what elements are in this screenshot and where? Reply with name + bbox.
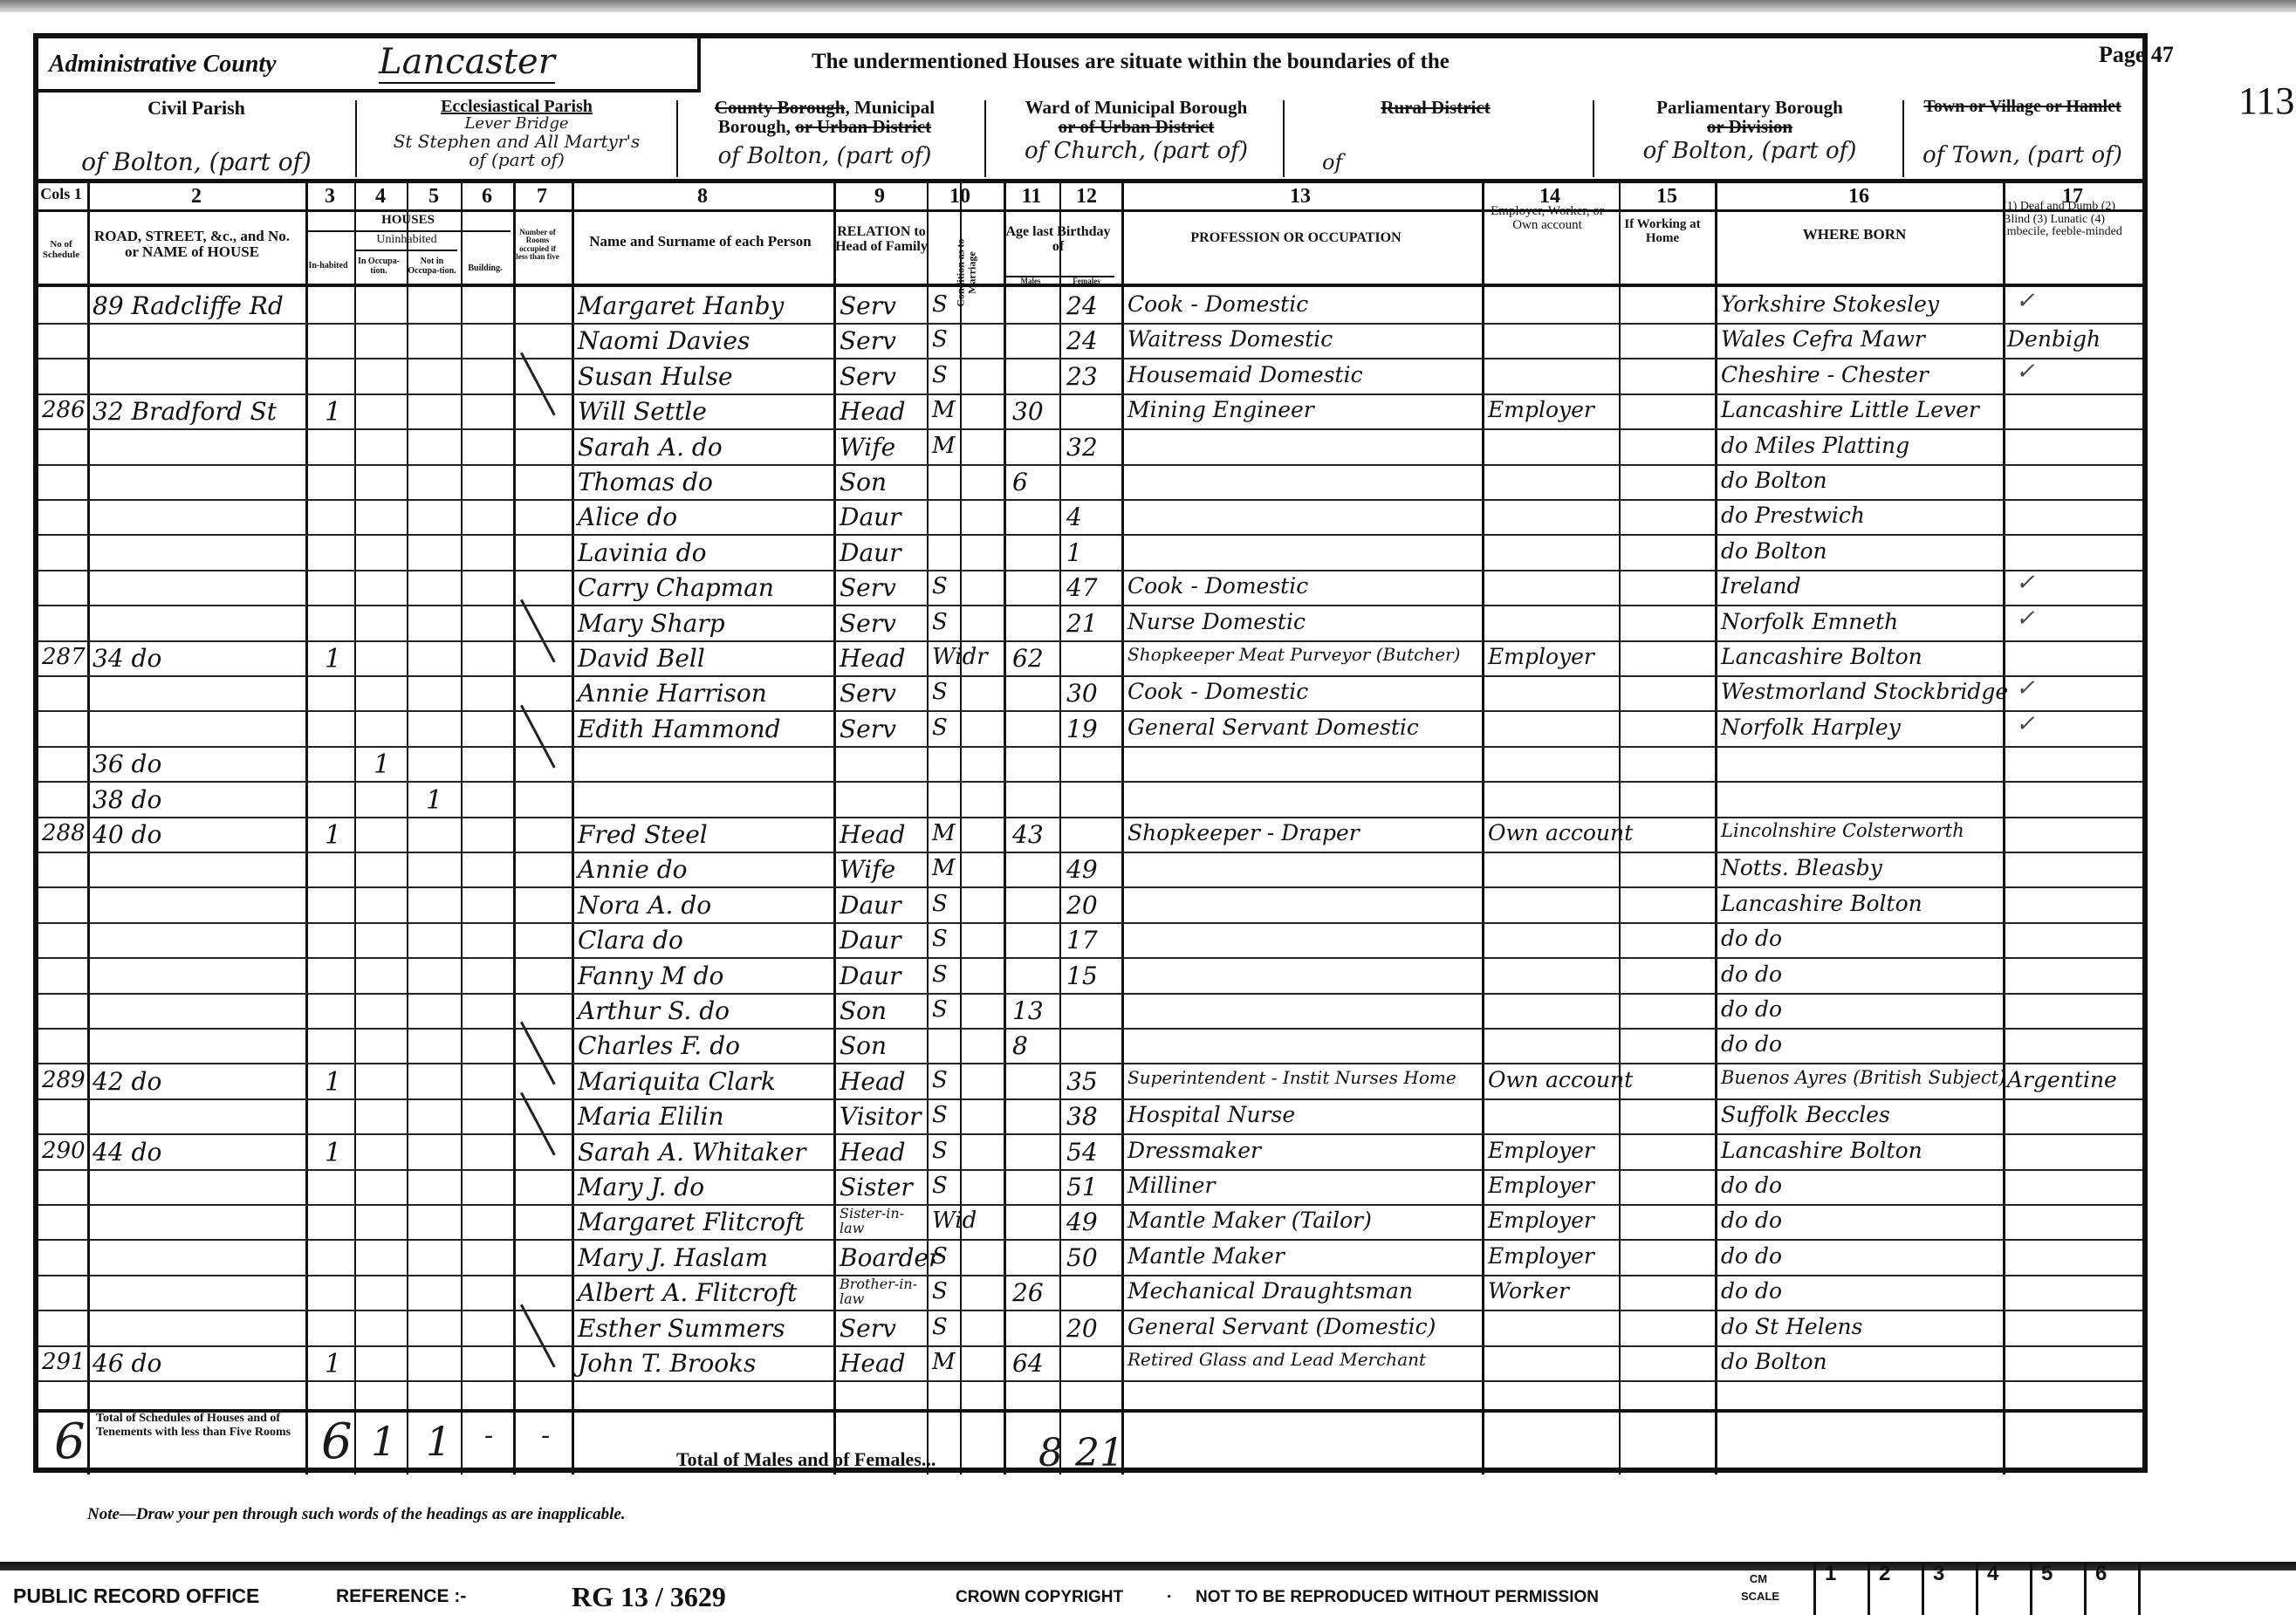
heading-road: ROAD, STREET, &c., and No. or NAME of HO… xyxy=(87,229,297,260)
male-age: 43 xyxy=(1012,820,1044,849)
scale-mark: 5 xyxy=(2030,1562,2080,1615)
relation: Wife xyxy=(840,433,895,462)
heading-building: Building. xyxy=(461,264,510,274)
heading-where-born: WHERE BORN xyxy=(1715,227,1994,243)
total-inhabited: 6 xyxy=(321,1413,353,1470)
total-schedules: 6 xyxy=(54,1413,86,1470)
where-born: do do xyxy=(1721,1208,1782,1233)
relation: Daur xyxy=(840,926,901,955)
employer-status: Own account xyxy=(1488,1067,1633,1092)
heading-working-home: If Working at Home xyxy=(1619,218,1706,246)
table-row: Maria ElilinVisitorS38Hospital NurseSuff… xyxy=(38,1098,2142,1135)
occupation: Cook - Domestic xyxy=(1127,679,1308,704)
person-name: Thomas do xyxy=(578,468,713,496)
table-row: 28840 do1Fred SteelHeadM43Shopkeeper - D… xyxy=(38,817,2142,853)
table-row: Esther SummersServS20General Servant (Do… xyxy=(38,1310,2142,1347)
occupation: Waitress Domestic xyxy=(1127,326,1333,352)
where-born: Notts. Bleasby xyxy=(1721,855,1882,880)
footer-office: PUBLIC RECORD OFFICE xyxy=(13,1584,259,1608)
person-name: Mary Sharp xyxy=(578,609,725,638)
parliamentary-label: Parliamentary Borough xyxy=(1597,98,1902,117)
where-born: Yorkshire Stokesley xyxy=(1721,291,1939,317)
heading-not-in-occupation: Not in Occupa-tion. xyxy=(407,257,457,276)
ecclesiastical-parish-value-2: St Stephen and All Martyr's xyxy=(360,133,674,151)
marital-condition: S xyxy=(932,891,948,917)
person-name: Maria Elilin xyxy=(578,1102,724,1131)
employer-status: Employer xyxy=(1488,644,1594,669)
table-row: Mary J. doSisterS51MillinerEmployerdo do xyxy=(38,1169,2142,1206)
occupation: Mantle Maker (Tailor) xyxy=(1127,1208,1372,1233)
column-number: 8 xyxy=(668,185,737,209)
person-name: Nora A. do xyxy=(578,891,711,920)
female-age: 20 xyxy=(1066,1314,1098,1343)
relation: Serv xyxy=(840,573,896,602)
address: 89 Radcliffe Rd xyxy=(93,291,284,320)
table-row: 89 Radcliffe RdMargaret HanbyServS24Cook… xyxy=(38,288,2142,325)
person-name: Albert A. Flitcroft xyxy=(578,1278,797,1307)
borough-field: County Borough, Municipal Borough, or Ur… xyxy=(681,98,969,168)
check-mark-icon: ✓ xyxy=(2016,711,2035,737)
marital-condition: S xyxy=(932,1102,948,1128)
relation: Serv xyxy=(840,362,896,391)
total-not-in-occupation: 1 xyxy=(426,1418,451,1465)
heading-age: Age last Birthday of xyxy=(1004,225,1113,255)
boundaries-intro: The undermentioned Houses are situate wi… xyxy=(812,50,1450,74)
female-age: 54 xyxy=(1066,1138,1098,1167)
person-name: Alice do xyxy=(578,503,677,531)
table-row: Charles F. doSon8do do xyxy=(38,1028,2142,1064)
parliamentary-value: of Bolton, (part of) xyxy=(1597,140,1902,163)
female-age: 50 xyxy=(1066,1243,1098,1272)
where-born: Norfolk Harpley xyxy=(1721,715,1901,740)
occupation: Shopkeeper - Draper xyxy=(1127,820,1360,845)
female-age: 32 xyxy=(1066,433,1098,462)
marital-condition: Wid xyxy=(932,1208,977,1234)
relation: Head xyxy=(840,397,906,426)
address: 40 do xyxy=(93,820,161,849)
relation: Son xyxy=(840,468,887,496)
person-name: Lavinia do xyxy=(578,538,706,567)
divider xyxy=(355,100,357,177)
marital-condition: S xyxy=(932,1067,948,1093)
marital-condition: S xyxy=(932,609,948,635)
marital-condition: M xyxy=(932,433,956,459)
uninhabited-not-in-occupation: 1 xyxy=(426,785,442,816)
where-born: do Bolton xyxy=(1721,1349,1827,1374)
column-number: 7 xyxy=(507,185,577,209)
person-name: Mary J. Haslam xyxy=(578,1243,768,1272)
female-age: 24 xyxy=(1066,291,1098,320)
note-text: Note—Draw your pen through such words of… xyxy=(87,1505,626,1524)
total-building: - xyxy=(484,1420,493,1451)
table-row: Mary SharpServS21Nurse DomesticNorfolk E… xyxy=(38,606,2142,642)
person-name: Annie do xyxy=(578,855,688,884)
occupation: Dressmaker xyxy=(1127,1138,1261,1163)
total-males-females-label: Total of Males and of Females... xyxy=(676,1448,936,1471)
female-age: 51 xyxy=(1066,1173,1098,1201)
town-field: Town or Village or Hamlet of Town, (part… xyxy=(1907,98,2138,168)
folio-number: 113 xyxy=(2238,79,2294,123)
infirmity: Argentine xyxy=(2007,1067,2117,1092)
address: 46 do xyxy=(93,1349,161,1378)
relation: Daur xyxy=(840,503,901,531)
column-number: 2 xyxy=(161,185,231,209)
address: 38 do xyxy=(93,785,161,814)
occupation: General Servant Domestic xyxy=(1127,715,1419,740)
female-age: 1 xyxy=(1066,538,1082,567)
relation: Serv xyxy=(840,291,896,320)
column-number: 16 xyxy=(1824,185,1894,209)
person-name: Mary J. do xyxy=(578,1173,704,1201)
inhabited-count: 1 xyxy=(325,644,341,674)
person-name: John T. Brooks xyxy=(578,1349,756,1378)
column-number: 15 xyxy=(1632,185,1702,209)
person-name: Annie Harrison xyxy=(578,679,767,708)
marital-condition: Widr xyxy=(932,644,988,670)
address: 36 do xyxy=(93,749,161,778)
inhabited-count: 1 xyxy=(325,820,341,851)
schedule-number: 291 xyxy=(42,1349,86,1375)
female-age: 15 xyxy=(1066,961,1098,990)
page-number: Page 47 xyxy=(2099,42,2174,68)
table-row: Carry ChapmanServS47Cook - DomesticIrela… xyxy=(38,570,2142,606)
column-number: 13 xyxy=(1265,185,1335,209)
person-name: Arthur S. do xyxy=(578,996,730,1025)
town-value: of Town, (part of) xyxy=(1907,144,2138,168)
heading-bottom-rule xyxy=(38,284,2142,287)
table-row: 28734 do1David BellHeadWidr62Shopkeeper … xyxy=(38,640,2142,677)
where-born: do do xyxy=(1721,996,1782,1022)
divider xyxy=(1283,100,1285,177)
relation: Son xyxy=(840,996,887,1025)
employer-status: Employer xyxy=(1488,1138,1594,1163)
female-age: 19 xyxy=(1066,715,1098,743)
table-row: Arthur S. doSonS13do do xyxy=(38,993,2142,1030)
heading-employer: Employer, Worker, or Own account xyxy=(1482,205,1613,233)
address: 32 Bradford St xyxy=(93,397,277,426)
occupation: Shopkeeper Meat Purveyor (Butcher) xyxy=(1127,644,1460,665)
table-row: Sarah A. doWifeM32do Miles Platting xyxy=(38,429,2142,466)
person-name: Charles F. do xyxy=(578,1031,740,1060)
person-name: Susan Hulse xyxy=(578,362,733,391)
female-age: 47 xyxy=(1066,573,1098,602)
check-mark-icon: ✓ xyxy=(2016,359,2035,385)
heading-houses: HOUSES xyxy=(305,214,511,228)
ecclesiastical-parish-value-3: of (part of) xyxy=(360,151,674,169)
check-mark-icon: ✓ xyxy=(2016,675,2035,701)
employer-status: Employer xyxy=(1488,1243,1594,1269)
occupation: Mechanical Draughtsman xyxy=(1127,1278,1413,1304)
marital-condition: M xyxy=(932,820,956,846)
total-females: 21 xyxy=(1075,1431,1124,1475)
employer-status: Own account xyxy=(1488,820,1633,845)
person-name: Esther Summers xyxy=(578,1314,785,1343)
where-born: Norfolk Emneth xyxy=(1721,609,1898,634)
marital-condition: S xyxy=(932,679,948,705)
table-row: 36 do1 xyxy=(38,746,2142,783)
relation: Son xyxy=(840,1031,887,1060)
where-born: do Bolton xyxy=(1721,538,1827,564)
relation: Serv xyxy=(840,679,896,708)
where-born: Suffolk Beccles xyxy=(1721,1102,1890,1127)
employer-status: Employer xyxy=(1488,1173,1594,1198)
where-born: Wales Cefra Mawr xyxy=(1721,326,1925,352)
civil-parish-value: of Bolton, (part of) xyxy=(44,149,349,175)
parliamentary-field: Parliamentary Borough or Division of Bol… xyxy=(1597,98,1902,163)
inhabited-count: 1 xyxy=(325,1138,341,1168)
table-row: 29146 do1John T. BrooksHeadM64Retired Gl… xyxy=(38,1345,2142,1382)
where-born: do do xyxy=(1721,1031,1782,1057)
table-row: Annie doWifeM49Notts. Bleasby xyxy=(38,852,2142,888)
marital-condition: S xyxy=(932,326,948,352)
heading-in-occupation: In Occupa-tion. xyxy=(354,257,403,276)
ward-label: Ward of Municipal Borough xyxy=(988,98,1285,117)
total-rooms: - xyxy=(541,1420,550,1451)
address: 42 do xyxy=(93,1067,161,1096)
admin-county-value: Lancaster xyxy=(379,42,555,84)
relation: Daur xyxy=(840,538,901,567)
female-age: 35 xyxy=(1066,1067,1098,1096)
where-born: do Prestwich xyxy=(1721,503,1865,528)
occupation: Retired Glass and Lead Merchant xyxy=(1127,1349,1426,1370)
ward-label-struck: or of Urban District xyxy=(988,117,1285,136)
scale-mark: 2 xyxy=(1868,1562,1918,1615)
female-age: 4 xyxy=(1066,503,1082,531)
ward-field: Ward of Municipal Borough or of Urban Di… xyxy=(988,98,1285,163)
marital-condition: S xyxy=(932,1138,948,1164)
marital-condition: S xyxy=(932,1173,948,1199)
colnum-divider xyxy=(38,209,2142,212)
table-row: Clara doDaurS17do do xyxy=(38,922,2142,959)
person-name: Mariquita Clark xyxy=(578,1067,776,1096)
person-name: Will Settle xyxy=(578,397,707,426)
schedule-number: 287 xyxy=(42,644,86,670)
borough-label-struck-2: or Urban District xyxy=(795,116,931,137)
employer-status: Worker xyxy=(1488,1278,1569,1304)
male-age: 62 xyxy=(1012,644,1044,673)
divider xyxy=(305,230,511,232)
person-name: Margaret Hanby xyxy=(578,291,784,320)
occupation: Superintendent - Instit Nurses Home xyxy=(1127,1067,1456,1088)
divider xyxy=(1902,100,1904,177)
person-name: Carry Chapman xyxy=(578,573,774,602)
scale-mark: 6 xyxy=(2084,1562,2135,1615)
total-males: 8 xyxy=(1038,1431,1063,1475)
admin-county-box: Administrative County Lancaster xyxy=(38,38,701,92)
footer-reference-label: REFERENCE :- xyxy=(336,1586,466,1607)
where-born: Lancashire Bolton xyxy=(1721,891,1922,916)
address: 34 do xyxy=(93,644,161,673)
relation: Wife xyxy=(840,855,895,884)
where-born: do do xyxy=(1721,1278,1782,1304)
table-row: Edith HammondServS19General Servant Dome… xyxy=(38,711,2142,748)
scale-mark: 4 xyxy=(1976,1562,2026,1615)
female-age: 17 xyxy=(1066,926,1098,955)
rural-district-value: of xyxy=(1287,152,1584,174)
relation: Boarder xyxy=(840,1243,940,1272)
rural-district-label: Rural District xyxy=(1287,98,1584,117)
town-label-struck: Town or Village or Hamlet xyxy=(1907,98,2138,116)
table-row: Nora A. doDaurS20Lancashire Bolton xyxy=(38,887,2142,924)
relation: Sister-in-law xyxy=(840,1206,927,1235)
marital-condition: S xyxy=(932,926,948,952)
male-age: 30 xyxy=(1012,397,1044,426)
marital-condition: S xyxy=(932,1278,948,1304)
inhabited-count: 1 xyxy=(325,397,341,428)
column-number: 12 xyxy=(1052,185,1121,209)
marital-condition: S xyxy=(932,291,948,318)
ecclesiastical-parish-field: Ecclesiastical Parish Lever Bridge St St… xyxy=(360,98,674,169)
relation: Head xyxy=(840,644,906,673)
female-age: 49 xyxy=(1066,1208,1098,1236)
table-row: 28942 do1Mariquita ClarkHeadS35Superinte… xyxy=(38,1064,2142,1100)
table-row: 38 do1 xyxy=(38,782,2142,818)
table-row: Albert A. FlitcroftBrother-in-lawS26Mech… xyxy=(38,1275,2142,1311)
borough-value: of Bolton, (part of) xyxy=(681,145,969,168)
marital-condition: M xyxy=(932,855,956,881)
table-row: Mary J. HaslamBoarderS50Mantle MakerEmpl… xyxy=(38,1240,2142,1276)
relation: Daur xyxy=(840,891,901,920)
footer-reference-value: RG 13 / 3629 xyxy=(572,1581,726,1613)
relation: Brother-in-law xyxy=(840,1276,927,1306)
schedule-number: 290 xyxy=(42,1138,86,1164)
relation: Serv xyxy=(840,715,896,743)
relation: Head xyxy=(840,820,906,849)
heading-infirmity: (1) Deaf and Dumb (2) Blind (3) Lunatic … xyxy=(2003,201,2142,239)
parliamentary-label-struck: or Division xyxy=(1597,117,1902,136)
uninhabited-in-occupation: 1 xyxy=(374,749,390,780)
divider xyxy=(354,250,457,251)
occupation: Milliner xyxy=(1127,1173,1215,1198)
footer-scale-label: CM SCALE xyxy=(1741,1571,1776,1605)
table-row: Susan HulseServS23Housemaid DomesticChes… xyxy=(38,359,2142,395)
table-row: Fanny M doDaurS15do do xyxy=(38,958,2142,995)
relation: Head xyxy=(840,1138,906,1167)
marital-condition: M xyxy=(932,1349,956,1375)
infirmity: Denbigh xyxy=(2007,326,2101,352)
marital-condition: S xyxy=(932,715,948,741)
marital-condition: S xyxy=(932,573,948,599)
where-born: do do xyxy=(1721,926,1782,951)
divider xyxy=(984,100,986,177)
totals-label: Total of Schedules of Houses and of Tene… xyxy=(96,1412,297,1440)
female-age: 38 xyxy=(1066,1102,1098,1131)
divider xyxy=(676,100,678,177)
rural-district-field: Rural District of xyxy=(1287,98,1584,174)
occupation: Cook - Domestic xyxy=(1127,291,1308,317)
male-age: 6 xyxy=(1012,468,1028,496)
column-number: 10 xyxy=(925,185,995,209)
inhabited-count: 1 xyxy=(325,1349,341,1379)
where-born: Lancashire Bolton xyxy=(1721,1138,1922,1163)
where-born: Westmorland Stockbridge xyxy=(1721,679,2008,704)
person-name: Margaret Flitcroft xyxy=(578,1208,805,1236)
heading-schedule: No of Schedule xyxy=(38,240,84,260)
person-name: Fanny M do xyxy=(578,961,723,990)
occupation: Mantle Maker xyxy=(1127,1243,1285,1269)
heading-name: Name and Surname of each Person xyxy=(576,234,825,250)
male-age: 8 xyxy=(1012,1031,1028,1060)
table-row: Margaret FlitcroftSister-in-lawWid49Mant… xyxy=(38,1204,2142,1241)
female-age: 21 xyxy=(1066,609,1098,638)
marital-condition: M xyxy=(932,397,956,423)
marital-condition: S xyxy=(932,996,948,1023)
where-born: Lancashire Bolton xyxy=(1721,644,1922,669)
ward-value: of Church, (part of) xyxy=(988,140,1285,163)
occupation: Cook - Domestic xyxy=(1127,573,1308,599)
heading-relation: RELATION to Head of Family xyxy=(833,225,929,255)
total-in-occupation: 1 xyxy=(371,1418,396,1465)
where-born: Cheshire - Chester xyxy=(1721,362,1929,387)
table-row: 28632 Bradford St1Will SettleHeadM30Mini… xyxy=(38,393,2142,430)
where-born: Buenos Ayres (British Subject) xyxy=(1721,1067,2005,1088)
where-born: do do xyxy=(1721,1173,1782,1198)
marital-condition: S xyxy=(932,1314,948,1340)
admin-county-label: Administrative County xyxy=(49,51,277,79)
column-number: 9 xyxy=(845,185,915,209)
marital-condition: S xyxy=(932,362,948,388)
occupation: Mining Engineer xyxy=(1127,397,1314,422)
employer-status: Employer xyxy=(1488,1208,1594,1233)
male-age: 64 xyxy=(1012,1349,1044,1378)
address: 44 do xyxy=(93,1138,161,1167)
marital-condition: S xyxy=(932,961,948,988)
relation: Serv xyxy=(840,609,896,638)
where-born: do St Helens xyxy=(1721,1314,1862,1339)
divider xyxy=(1593,100,1594,177)
marital-condition: S xyxy=(932,1243,948,1269)
female-age: 30 xyxy=(1066,679,1098,708)
schedule-number: 286 xyxy=(42,397,86,423)
table-row: Thomas doSon6do Bolton xyxy=(38,464,2142,501)
relation: Head xyxy=(840,1067,906,1096)
occupation: Hospital Nurse xyxy=(1127,1102,1295,1127)
female-age: 24 xyxy=(1066,326,1098,355)
footer-separator: · xyxy=(1167,1588,1172,1607)
check-mark-icon: ✓ xyxy=(2016,606,2035,632)
person-name: Fred Steel xyxy=(578,820,708,849)
occupation: General Servant (Domestic) xyxy=(1127,1314,1436,1339)
where-born: do Miles Platting xyxy=(1721,433,1909,458)
scale-end xyxy=(2138,1562,2189,1615)
person-name: Naomi Davies xyxy=(578,326,750,355)
schedule-number: 288 xyxy=(42,820,86,846)
female-age: 20 xyxy=(1066,891,1098,920)
male-age: 26 xyxy=(1012,1278,1044,1307)
footer-copyright: CROWN COPYRIGHT xyxy=(956,1588,1123,1607)
table-row: Naomi DaviesServS24Waitress DomesticWale… xyxy=(38,323,2142,359)
male-age: 13 xyxy=(1012,996,1044,1025)
where-born: do do xyxy=(1721,1243,1782,1269)
where-born: do do xyxy=(1721,961,1782,987)
civil-parish-field: Civil Parish of Bolton, (part of) xyxy=(44,98,349,175)
relation: Head xyxy=(840,1349,906,1378)
scan-edge xyxy=(0,0,2296,12)
female-age: 49 xyxy=(1066,855,1098,884)
heading-inhabited: In-habited xyxy=(305,262,351,271)
table-row: Alice doDaur4do Prestwich xyxy=(38,499,2142,536)
relation: Daur xyxy=(840,961,901,990)
civil-parish-label: Civil Parish xyxy=(44,98,349,118)
borough-label-struck: County Borough xyxy=(715,97,846,118)
occupation: Housemaid Domestic xyxy=(1127,362,1363,387)
person-name: Sarah A. Whitaker xyxy=(578,1138,806,1167)
table-row: Annie HarrisonServS30Cook - DomesticWest… xyxy=(38,675,2142,712)
person-name: David Bell xyxy=(578,644,705,673)
person-name: Clara do xyxy=(578,926,683,955)
schedule-number: 289 xyxy=(42,1067,86,1093)
employer-status: Employer xyxy=(1488,397,1594,422)
